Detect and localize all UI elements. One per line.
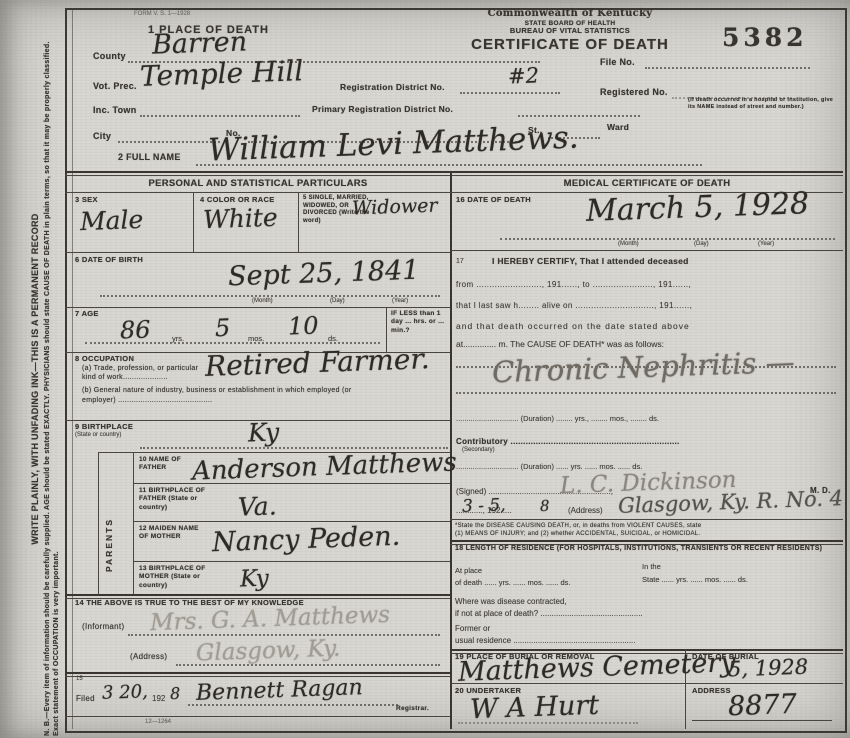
occupation-b-label: (b) General nature of industry, business…: [82, 386, 382, 406]
bureau-line: BUREAU OF VITAL STATISTICS: [430, 27, 710, 36]
dod-year-sublabel: (Year): [758, 241, 774, 248]
row-rule-1: [65, 252, 450, 253]
parents-rule-1: [133, 483, 450, 484]
commonwealth-line: Commonwealth of Kentucky: [430, 8, 710, 20]
dob-line: [100, 295, 440, 297]
personal-section-title: PERSONAL AND STATISTICAL PARTICULARS: [66, 179, 450, 190]
left-bottom-rule: [65, 716, 450, 717]
father-birthplace-label: 11 BIRTHPLACE OF FATHER (State or countr…: [139, 487, 209, 512]
father-name-label: 10 NAME OF FATHER: [139, 456, 199, 473]
reg-district-value: #2: [508, 63, 540, 88]
in-state-label-2: State ...... yrs. ...... mos. ...... ds.: [642, 575, 748, 584]
physician-address-label: (Address): [568, 506, 603, 516]
mother-birthplace-value: Ky: [240, 566, 270, 593]
filed-date-value: 3 20,: [102, 681, 149, 704]
certify-text: I HEREBY CERTIFY, That I attended deceas…: [492, 257, 689, 267]
reg-district-line: [460, 92, 560, 94]
at-place-label-2: of death ...... yrs. ...... mos. ...... …: [455, 578, 570, 587]
inc-town-line: [140, 115, 300, 117]
informant-address-line: [176, 664, 440, 666]
occupation-label: 8 OCCUPATION: [75, 355, 134, 364]
informant-label: (Informant): [82, 622, 124, 631]
filed-year-value: 8: [170, 684, 181, 703]
parents-inner-divider: [133, 452, 134, 594]
former-residence-line-1: Former or: [455, 624, 490, 634]
filed-label: Filed: [76, 694, 95, 703]
dod-month-sublabel: (Month): [618, 241, 639, 248]
primary-reg-line: [518, 115, 640, 117]
row-rule-2: [65, 307, 450, 308]
in-state-label-1: In the: [642, 562, 661, 571]
undertaker-line: [458, 722, 638, 724]
undertaker-address-rule: [692, 720, 832, 721]
signed-date-value: 3 - 5,: [462, 495, 506, 517]
footnote-line-2: (1) MEANS OF INJURY; and (2) whether ACC…: [455, 531, 700, 538]
birthplace-sublabel: (State or country): [75, 432, 121, 439]
certify-from-line: from ........................., 191.....…: [456, 280, 691, 290]
undertaker-address-label: ADDRESS: [692, 687, 731, 696]
footnote-top-rule: [450, 519, 843, 520]
marital-value: Widower: [352, 195, 438, 220]
dob-year-sublabel: (Year): [392, 298, 408, 305]
parents-outer-divider: [98, 452, 99, 594]
cause-of-death-intro: at.............. m. The CAUSE OF DEATH* …: [456, 339, 664, 349]
registrar-line: [188, 704, 398, 706]
inc-town-label: Inc. Town: [93, 105, 137, 115]
dod-bottom-rule: [450, 250, 843, 251]
certificate-title: CERTIFICATE OF DEATH: [430, 36, 710, 53]
county-value: Barren: [151, 26, 247, 60]
signed-year-value: 8: [540, 497, 550, 515]
full-name-label: 2 FULL NAME: [118, 152, 181, 162]
header-bottom-rule: [65, 171, 843, 176]
dob-day-sublabel: (Day): [330, 298, 345, 305]
sex-color-divider: [193, 192, 194, 252]
parents-rule-3: [133, 561, 450, 562]
hospital-note: (If death occurred in a hospital or inst…: [688, 97, 840, 111]
margin-nb-note: N. B.—Every item of information should b…: [43, 22, 61, 736]
birthplace-value: Ky: [248, 417, 280, 447]
sex-value: Male: [80, 205, 144, 236]
informant-address-label: (Address): [130, 652, 167, 661]
mother-name-value: Nancy Peden.: [212, 521, 401, 559]
dob-month-sublabel: (Month): [252, 298, 273, 305]
ward-label: Ward: [607, 123, 629, 133]
informant-line: [128, 634, 440, 636]
former-residence-line-2: usual residence ........................…: [455, 636, 636, 646]
footnote-line-1: *State the DISEASE CAUSING DEATH, or, in…: [455, 523, 701, 530]
parents-rule-2: [133, 521, 450, 522]
undertaker-top-rule: [450, 683, 843, 684]
precinct-value: Temple Hill: [139, 54, 303, 93]
contracted-line-1: Where was disease contracted,: [455, 597, 567, 607]
age-years-value: 86: [120, 315, 152, 344]
dod-line: [500, 238, 835, 240]
residence-title: 18 LENGTH OF RESIDENCE (FOR HOSPITALS, I…: [455, 544, 840, 553]
at-place-label-1: At place: [455, 566, 482, 575]
certify-number: 17: [456, 258, 464, 266]
city-line: [118, 141, 220, 143]
form-code-top: FORM V. S. 1—1928: [134, 11, 190, 18]
county-label: County: [93, 51, 126, 61]
contributory-label: Contributory ...........................…: [456, 437, 680, 446]
form-code-bottom: 12—1264: [145, 719, 171, 726]
date-of-death-label: 16 DATE OF DEATH: [456, 196, 531, 205]
age-label: 7 AGE: [75, 310, 99, 319]
mother-name-label: 12 MAIDEN NAME OF MOTHER: [139, 525, 209, 542]
filed-number: 15: [76, 676, 83, 683]
registered-no-label: Registered No.: [600, 87, 668, 97]
personal-title-rule: [65, 192, 450, 193]
dob-label: 6 DATE OF BIRTH: [75, 256, 143, 265]
color-marital-divider: [298, 192, 299, 252]
undertaker-address-value: 8877: [727, 689, 797, 722]
mother-birthplace-label: 13 BIRTHPLACE OF MOTHER (State or countr…: [139, 565, 209, 590]
form-border-inner-line: [72, 8, 73, 729]
age-mos-label: mos.: [248, 334, 264, 343]
age-yrs-label: yrs.: [172, 334, 184, 343]
birthplace-label: 9 BIRTHPLACE: [75, 423, 133, 432]
reg-district-label: Registration District No.: [340, 83, 445, 93]
parents-label: PARENTS: [105, 472, 115, 572]
contributory-duration-line: .............................. (Duration…: [456, 462, 642, 471]
city-label: City: [93, 131, 111, 141]
agency-header: Commonwealth of Kentucky STATE BOARD OF …: [430, 8, 710, 53]
margin-warning-text: WRITE PLAINLY, WITH UNFADING INK—THIS IS…: [30, 26, 40, 732]
age-less-note: IF LESS than 1 day ... hrs. or ... min.?: [391, 310, 447, 335]
precinct-label: Vot. Prec.: [93, 81, 137, 91]
file-number-value: 5382: [722, 24, 808, 53]
file-no-label: File No.: [600, 57, 635, 67]
undertaker-value: W A Hurt: [469, 690, 599, 725]
certify-last-saw-line: that I last saw h........ alive on .....…: [456, 301, 692, 311]
full-name-line: [196, 164, 702, 166]
cause-line-2: [456, 392, 836, 394]
file-no-line: [645, 67, 810, 69]
secondary-sublabel: (Secondary): [462, 447, 495, 454]
registrar-label: Registrar.: [396, 705, 429, 712]
age-ds-label: ds.: [328, 334, 338, 343]
filed-top-rule: [65, 672, 450, 677]
filed-year-printed: 192: [152, 694, 165, 704]
cause-duration-line: .............................. (Duration…: [456, 414, 659, 423]
age-days-value: 10: [288, 311, 320, 340]
death-occurred-line: and that death occurred on the date stat…: [456, 321, 690, 331]
father-birthplace-value: Va.: [238, 491, 278, 521]
scanned-death-certificate: WRITE PLAINLY, WITH UNFADING INK—THIS IS…: [0, 0, 850, 738]
burial-date-value: 5, 1928: [728, 655, 809, 682]
contracted-line-2: if not at place of death? ..............…: [455, 609, 643, 619]
dod-day-sublabel: (Day): [694, 241, 709, 248]
primary-reg-label: Primary Registration District No.: [312, 105, 453, 115]
color-race-value: White: [203, 203, 279, 235]
informant-address-value: Glasgow, Ky.: [196, 635, 341, 666]
age-months-value: 5: [215, 314, 231, 343]
sex-label: 3 SEX: [75, 196, 98, 205]
occupation-a-label: (a) Trade, profession, or particular kin…: [82, 364, 212, 382]
